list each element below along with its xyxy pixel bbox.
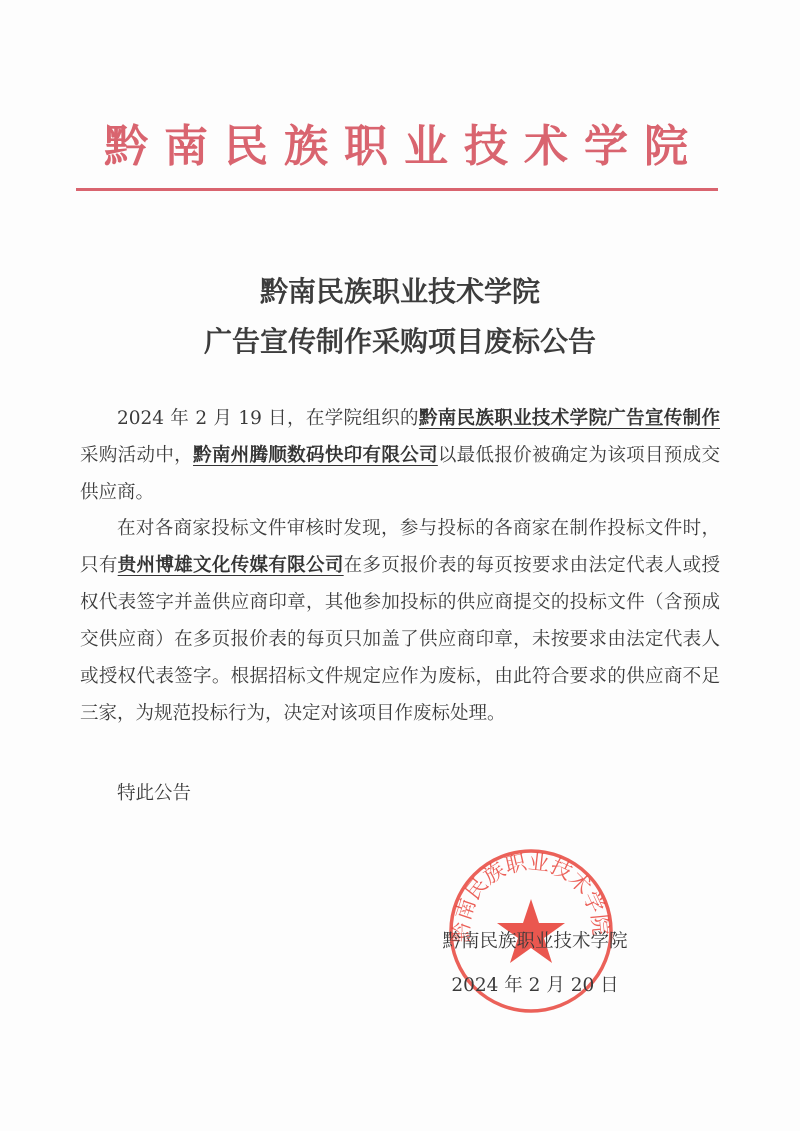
letterhead-char: 南 [156, 110, 216, 174]
paragraph-1: 2024 年 2 月 19 日，在学院组织的黔南民族职业技术学院广告宣传制作采购… [80, 400, 720, 511]
signature-org: 黔南民族职业技术学院 [420, 920, 650, 964]
letterhead-divider [76, 188, 718, 191]
notice-title-line1: 黔南民族职业技术学院 [0, 270, 800, 310]
preselected-supplier: 黔南州腾顺数码快印有限公司 [193, 445, 438, 466]
compliant-supplier: 贵州博雄文化传媒有限公司 [118, 555, 344, 576]
paragraph-2: 在对各商家投标文件审核时发现，参与投标的各商家在制作投标文件时，只有贵州博雄文化… [80, 510, 720, 732]
letterhead-char: 术 [516, 110, 576, 174]
project-name: 黔南民族职业技术学院广告宣传制作 [419, 408, 720, 429]
closing-remark: 特此公告 [80, 775, 720, 812]
letterhead-char: 院 [636, 110, 696, 174]
letterhead-char: 族 [276, 110, 336, 174]
notice-title-line2: 广告宣传制作采购项目废标公告 [0, 320, 800, 360]
letterhead-title: 黔 南 民 族 职 业 技 术 学 院 [96, 112, 696, 172]
letterhead-char: 技 [456, 110, 516, 174]
letterhead-char: 黔 [96, 110, 156, 174]
letterhead-char: 民 [216, 110, 276, 174]
p2-suffix: 在多页报价表的每页按要求由法定代表人或授权代表签字并盖供应商印章，其他参加投标的… [80, 555, 720, 724]
p1-prefix: 2024 年 2 月 19 日，在学院组织的 [117, 408, 419, 429]
letterhead-char: 学 [576, 110, 636, 174]
letterhead-char: 职 [336, 110, 396, 174]
letterhead-char: 业 [396, 110, 456, 174]
p1-mid: 采购活动中， [80, 445, 193, 466]
signature-block: 黔南民族职业技术学院 2024 年 2 月 20 日 [420, 920, 650, 1008]
signature-date: 2024 年 2 月 20 日 [420, 964, 650, 1008]
